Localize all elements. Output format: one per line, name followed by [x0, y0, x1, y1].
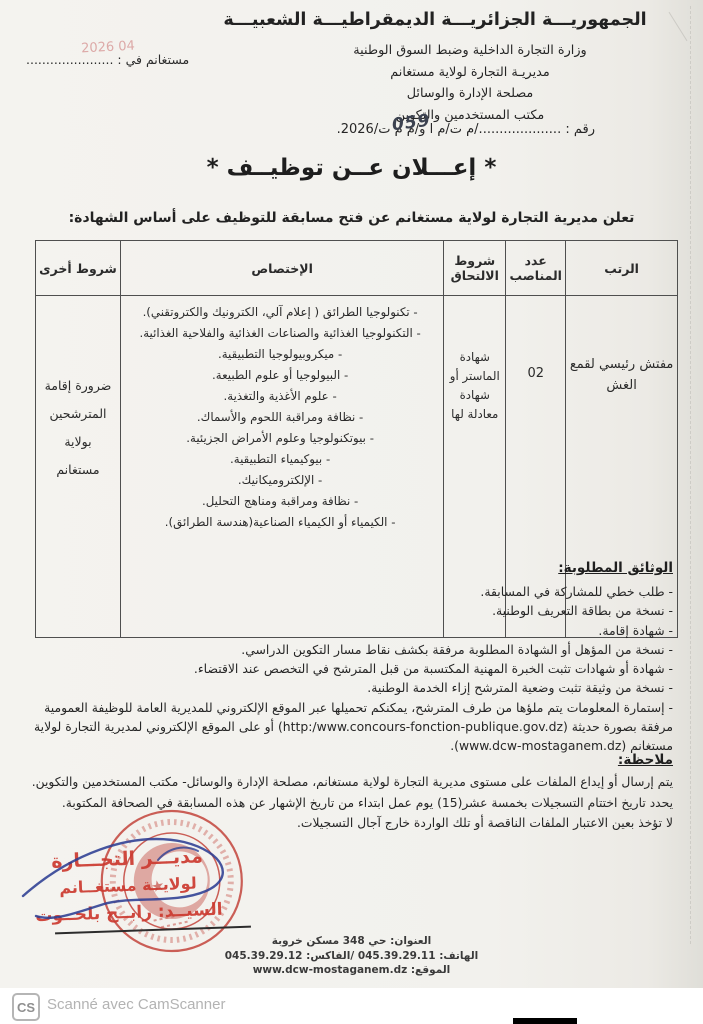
camscanner-icon: CS [12, 993, 40, 1021]
note-heading: ملاحظة: [618, 752, 673, 768]
reference-number-line: رقم : ..................../م ت/م ا و/م م… [337, 122, 595, 137]
specialty-item: - بيوكيمياء التطبيقية. [125, 449, 435, 470]
republic-title: الجمهوريـــة الجزائريـــة الديمقراطيـــة… [171, 10, 699, 30]
header-other-conditions: شروط أخرى [36, 241, 121, 296]
redaction-bar [513, 1018, 577, 1024]
document-item: - نسخة من وثيقة تثبت وضعية المترشح إزاء … [25, 678, 673, 697]
document-item: - شهادة إقامة. [25, 621, 673, 640]
specialty-item: - نظافة ومراقبة اللحوم والأسماك. [125, 407, 435, 428]
ministry-line: مصلحة الإدارة والوسائل [347, 83, 593, 105]
ministry-line: مديريـة التجارة لولاية مستغانم [347, 62, 593, 84]
specialty-item: - البيولوجيا أو علوم الطبيعة. [125, 365, 435, 386]
scanned-document-page: الجمهوريـــة الجزائريـــة الديمقراطيـــة… [0, 0, 703, 1024]
document-item: - شهادة أو شهادات تثبت الخبرة المهنية ال… [25, 659, 673, 678]
document-item: - إستمارة المعلومات يتم ملؤها من طرف الم… [25, 698, 673, 756]
announcement-title: * إعـــلان عــن توظيــف * [0, 155, 703, 181]
ministry-block: وزارة التجارة الداخلية وضبط السوق الوطني… [347, 40, 593, 126]
documents-list: - طلب خطي للمشاركة في المسابقة.- نسخة من… [25, 582, 673, 756]
header-admission-conditions: شروط الالتحاق [444, 241, 506, 296]
announcement-subtitle: تعلن مديرية التجارة لولاية مستغانم عن فت… [0, 210, 703, 226]
footer-contact: العنوان: حي 348 مسكن خروبة الهاتف: 045.3… [0, 934, 703, 978]
specialty-item: - تكنولوجيا الطرائق ( إعلام آلي، الكترون… [125, 302, 435, 323]
signature-icon [8, 808, 278, 943]
document-item: - طلب خطي للمشاركة في المسابقة. [25, 582, 673, 601]
specialty-item: - الكيمياء أو الكيمياء الصناعية(هندسة ال… [125, 512, 435, 533]
specialty-item: - بيوتكنولوجيا وعلوم الأمراض الجزيئية. [125, 428, 435, 449]
specialty-item: - ميكروبيولوجيا التطبيقية. [125, 344, 435, 365]
footer-address: العنوان: حي 348 مسكن خروبة [0, 934, 703, 949]
scan-edge-artifact [690, 6, 691, 944]
header-specialty: الإختصاص [120, 241, 443, 296]
document-item: - نسخة من بطاقة التعريف الوطنية. [25, 601, 673, 620]
note-item: يتم إرسال أو إيداع الملفات على مستوى مدي… [25, 772, 673, 793]
footer-phone-fax: الهاتف: 045.39.29.11 /الفاكس: 045.39.29.… [0, 949, 703, 964]
documents-heading: الوثائق المطلوبة: [558, 560, 673, 576]
document-item: - نسخة من المؤهل أو الشهادة المطلوبة مرف… [25, 640, 673, 659]
specialty-item: - نظافة ومراقبة ومناهج التحليل. [125, 491, 435, 512]
table-header-row: الرتب عدد المناصب شروط الالتحاق الإختصاص… [36, 241, 678, 296]
header-positions-count: عدد المناصب [506, 241, 566, 296]
specialty-item: - الإلكتروميكانيك. [125, 470, 435, 491]
ministry-line: وزارة التجارة الداخلية وضبط السوق الوطني… [347, 40, 593, 62]
header-rank: الرتب [566, 241, 678, 296]
camscanner-bar: CS Scanné avec CamScanner [0, 988, 703, 1024]
specialty-item: - التكنولوجيا الغذائية والصناعات الغذائي… [125, 323, 435, 344]
recruitment-table: الرتب عدد المناصب شروط الالتحاق الإختصاص… [35, 240, 678, 638]
camscanner-label: Scanné avec CamScanner [47, 996, 225, 1013]
footer-website: الموقع: www.dcw-mostaganem.dz [0, 963, 703, 978]
specialty-item: - علوم الأغذية والتغذية. [125, 386, 435, 407]
